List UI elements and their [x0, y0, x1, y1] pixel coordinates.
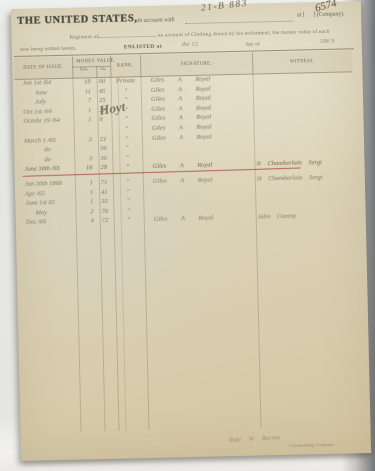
cell-date: Oct 1st /64 [23, 107, 75, 115]
handwritten-file-code: 21-B 883 [201, 0, 249, 14]
day-of-label: day of [246, 41, 260, 47]
column-header-cts: Cts. [98, 67, 108, 71]
written-herein-label: now being written herein. [20, 46, 77, 53]
cell-rank: ″ [114, 154, 140, 162]
commanding-company-label: Commanding Company [289, 443, 334, 448]
cell-sig: Giles A Royal [153, 175, 257, 184]
cell-sig: Giles A Royal [151, 94, 255, 103]
form-title: THE UNITED STATES, [17, 13, 138, 27]
cell-sig: Giles A Royal [152, 161, 256, 170]
cell-date [24, 127, 76, 128]
cell-wit: John Conroy [258, 212, 354, 221]
regiment-label: Regiment of [70, 34, 99, 41]
clothing-clause: , on account of Clothing drawn by his en… [154, 29, 329, 39]
cell-rank: ″ [113, 87, 139, 95]
dotted-leader [185, 14, 293, 24]
handwritten-enlist-place: the 12 [182, 41, 198, 48]
cell-rank: ″ [114, 135, 140, 143]
cell-sig: Giles A Royal [151, 84, 255, 93]
commander-signature: Robt W Barnes [229, 434, 281, 444]
cell-rank: ″ [116, 216, 142, 224]
cell-sig: Giles A Royal [152, 132, 256, 141]
cell-date: Octobr 19 /64 [23, 117, 75, 125]
photo-background: THE UNITED STATES, In account with at [ … [0, 0, 375, 471]
cell-date: June 1st 65 [25, 199, 77, 207]
column-header-money-value: MONEY VALUE. Dols. Cts. [72, 56, 111, 78]
document-paper: THE UNITED STATES, In account with at [ … [11, 1, 371, 461]
cell-rank: ″ [115, 178, 141, 186]
column-header-witness: WITNESS. [252, 50, 352, 73]
cell-sig: Giles A Royal [150, 75, 254, 84]
cell-date: do [24, 145, 96, 154]
cell-rank: ″ [115, 207, 141, 215]
cell-sig: Giles A Royal [151, 103, 255, 112]
cell-date: Apr /65 [25, 189, 77, 197]
cell-date: Dec /66 [26, 218, 78, 226]
column-header-date: DATE OF ISSUE. [14, 57, 73, 79]
cell-sig: Giles A Royal [152, 122, 256, 131]
cell-sig: Giles A Royal [151, 113, 255, 122]
handwritten-year: 186 9 [320, 38, 335, 45]
cell-wit: H Chamberlain Sergt [257, 173, 353, 182]
column-header-rank: RANK. [110, 55, 141, 77]
in-account-label: In account with [137, 17, 174, 24]
cell-rank: ″ [114, 125, 140, 133]
cell-rank: ″ [113, 116, 139, 124]
cell-date: March 1 /65 [24, 136, 76, 144]
cell-rank: Private [113, 77, 139, 85]
cell-date: June 30th /65 [24, 165, 76, 173]
cell-rank: ″ [114, 163, 140, 171]
cell-rank: ″ [114, 144, 140, 152]
cell-date: Jan 1st /64 [23, 79, 75, 87]
table-body: Jan 1st /641800PrivateGiles A RoyalJune1… [15, 72, 356, 229]
cell-sig: Giles A Royal [154, 214, 258, 223]
cell-rank: ″ [115, 197, 141, 205]
column-header-dols: Dols. [76, 67, 93, 72]
cell-wit: N Chamberlain Sergt [256, 159, 352, 168]
column-header-signature: SIGNATURE. [140, 53, 253, 77]
cell-date: Jan 30th 1866 [25, 180, 77, 188]
subheader-divider [96, 66, 97, 77]
enlisted-at-label: ENLISTED at [124, 44, 162, 51]
dotted-leader [98, 31, 154, 38]
cell-rank: ″ [115, 188, 141, 196]
regiment-line: Regiment of, on account of Clothing draw… [69, 27, 329, 41]
